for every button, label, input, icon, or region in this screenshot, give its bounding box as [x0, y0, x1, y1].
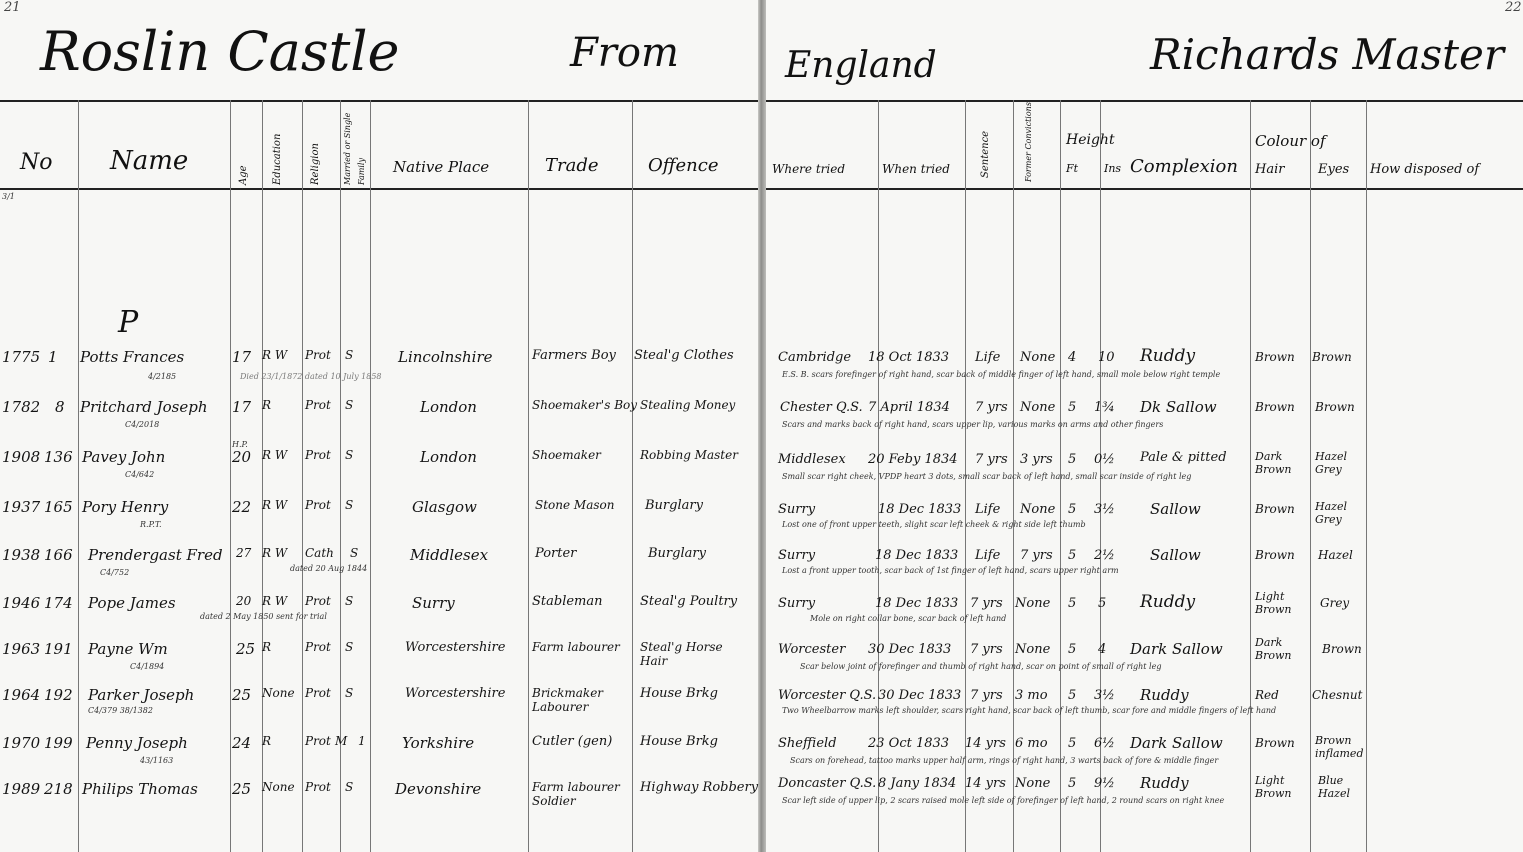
religion: Prot — [305, 498, 331, 512]
ref-number: 1938 — [2, 546, 40, 564]
trade: Farm labourer Soldier — [532, 780, 630, 808]
when-tried: 7 April 1834 — [868, 400, 950, 415]
marital: M — [335, 734, 347, 748]
ref-number: 1946 — [2, 594, 40, 612]
hair-colour: Brown — [1255, 736, 1295, 750]
convict-number: 165 — [44, 498, 73, 516]
ref-number: 1963 — [2, 640, 40, 658]
marital: S — [345, 498, 353, 512]
age: 24 — [232, 734, 251, 752]
offence: House Brkg — [640, 734, 718, 749]
education: R — [262, 398, 271, 412]
former-convictions: None — [1020, 350, 1055, 365]
offence: Steal'g Clothes — [634, 348, 734, 363]
col-header-education: Education — [272, 134, 283, 185]
trade: Shoemaker's Boy — [532, 398, 637, 412]
marital: S — [345, 686, 353, 700]
religion: Prot — [305, 594, 331, 608]
offence: Steal'g Horse Hair — [640, 640, 750, 668]
convict-number: 8 — [55, 398, 65, 416]
complexion: Ruddy — [1140, 686, 1189, 704]
col-header-offence: Offence — [648, 155, 719, 176]
convict-number: 192 — [44, 686, 73, 704]
height-ins: 1¾ — [1094, 400, 1115, 415]
native-place: London — [420, 398, 477, 416]
col-header-marital: Married or Single — [343, 113, 352, 185]
religion: Prot — [305, 780, 331, 794]
when-tried: 18 Dec 1833 — [875, 596, 958, 611]
religion: Prot — [305, 348, 331, 362]
name-sub-ref: 43/1163 — [140, 756, 173, 765]
complexion: Sallow — [1150, 546, 1201, 564]
complexion: Dark Sallow — [1130, 734, 1223, 752]
col-header-hair: Hair — [1255, 162, 1284, 177]
age: 27 — [236, 546, 251, 560]
when-tried: 20 Feby 1834 — [868, 452, 958, 467]
distinguishing-marks: Scars and marks back of right hand, scar… — [782, 420, 1163, 429]
offence: House Brkg — [640, 686, 718, 701]
where-tried: Middlesex — [778, 452, 846, 467]
distinguishing-marks: E.S. B. scars forefinger of right hand, … — [782, 370, 1220, 379]
ship-name-title: Roslin Castle — [40, 20, 400, 83]
hair-colour: Light Brown — [1255, 590, 1305, 616]
from-label: From — [570, 30, 679, 76]
height-ft: 4 — [1068, 350, 1076, 365]
convict-name: Penny Joseph — [86, 734, 188, 752]
ref-number: 1964 — [2, 686, 40, 704]
convict-number: 174 — [44, 594, 73, 612]
height-ins: 4 — [1098, 642, 1106, 657]
section-letter: P — [118, 305, 138, 340]
education: R — [262, 734, 271, 748]
former-convictions: 3 mo — [1015, 688, 1048, 703]
trade: Farm labourer — [532, 640, 620, 654]
where-tried: Sheffield — [778, 736, 837, 751]
eye-colour: Brown inflamed — [1315, 734, 1360, 760]
age: 17 — [232, 348, 251, 366]
margin-note: 3/1 — [2, 192, 15, 201]
height-ins: 5 — [1098, 596, 1106, 611]
former-convictions: 6 mo — [1015, 736, 1048, 751]
height-ft: 5 — [1068, 452, 1076, 467]
education: R W — [262, 498, 287, 512]
education: R W — [262, 546, 287, 560]
where-tried: Doncaster Q.S. — [778, 776, 876, 791]
offence: Stealing Money — [640, 398, 735, 412]
eye-colour: Brown — [1315, 400, 1355, 414]
hair-colour: Brown — [1255, 350, 1295, 364]
convict-number: 191 — [44, 640, 73, 658]
native-place: Glasgow — [412, 498, 477, 516]
former-convictions: 3 yrs — [1020, 452, 1053, 467]
column-divider — [1310, 100, 1311, 852]
col-header-complexion: Complexion — [1130, 156, 1238, 177]
age: 20 — [232, 448, 251, 466]
origin-title: England — [785, 45, 937, 86]
height-ins: 10 — [1098, 350, 1115, 365]
name-sub-ref: C4/2018 — [125, 420, 159, 429]
name-sub-ref: C4/379 38/1382 — [88, 706, 153, 715]
convict-number: 218 — [44, 780, 73, 798]
left-page-number: 21 — [4, 0, 21, 15]
eye-colour: Hazel Grey — [1315, 450, 1360, 476]
height-ft: 5 — [1068, 736, 1076, 751]
religion: Cath — [305, 546, 334, 560]
col-header-ins: Ins — [1104, 162, 1121, 175]
education: R — [262, 640, 271, 654]
eye-colour: Grey — [1320, 596, 1349, 610]
former-convictions: None — [1020, 502, 1055, 517]
when-tried: 18 Dec 1833 — [875, 548, 958, 563]
sentence: 7 yrs — [970, 642, 1003, 657]
native-place: Devonshire — [395, 780, 481, 798]
offence: Robbing Master — [640, 448, 738, 462]
education: R W — [262, 348, 287, 362]
col-header-height: Height — [1066, 132, 1115, 148]
col-header-how-disposed: How disposed of — [1370, 162, 1479, 177]
marital: S — [345, 640, 353, 654]
religion: Prot — [305, 448, 331, 462]
when-tried: 23 Oct 1833 — [868, 736, 949, 751]
column-divider — [1250, 100, 1251, 852]
col-header-trade: Trade — [545, 155, 599, 176]
column-divider — [370, 100, 371, 852]
age: 25 — [236, 640, 255, 658]
convict-name: Potts Frances — [80, 348, 184, 366]
eye-colour: Hazel — [1318, 548, 1353, 562]
hair-colour: Brown — [1255, 502, 1295, 516]
height-ft: 5 — [1068, 642, 1076, 657]
ref-number: 1989 — [2, 780, 40, 798]
former-convictions: None — [1015, 642, 1050, 657]
header-rule-top-left — [0, 100, 758, 102]
col-header-when-tried: When tried — [882, 162, 950, 176]
annotation: dated 2 May 1850 sent for trial — [200, 612, 327, 621]
distinguishing-marks: Small scar right cheek, VPDP heart 3 dot… — [782, 472, 1191, 481]
religion: Prot — [305, 734, 331, 748]
height-ft: 5 — [1068, 548, 1076, 563]
when-tried: 8 Jany 1834 — [878, 776, 956, 791]
where-tried: Surry — [778, 596, 815, 611]
eye-colour: Brown — [1322, 642, 1362, 656]
left-ledger-page — [0, 0, 760, 852]
complexion: Pale & pitted — [1140, 450, 1227, 465]
eye-colour: Chesnut — [1312, 688, 1362, 702]
marital: S — [345, 594, 353, 608]
trade: Shoemaker — [532, 448, 601, 462]
age: 17 — [232, 398, 251, 416]
marital: S — [345, 780, 353, 794]
name-sub-ref: R.P.T. — [140, 520, 162, 529]
distinguishing-marks: Lost a front upper tooth, scar back of 1… — [782, 566, 1119, 575]
complexion: Sallow — [1150, 500, 1201, 518]
complexion: Ruddy — [1140, 592, 1195, 612]
convict-name: Philips Thomas — [82, 780, 198, 798]
convict-name: Prendergast Fred — [88, 546, 223, 564]
column-divider — [302, 100, 303, 852]
ref-number: 1970 — [2, 734, 40, 752]
where-tried: Surry — [778, 548, 815, 563]
where-tried: Worcester Q.S. — [778, 688, 876, 703]
sentence: Life — [975, 502, 1000, 517]
complexion: Dark Sallow — [1130, 640, 1223, 658]
sentence: Life — [975, 548, 1000, 563]
master-title: Richards Master — [1150, 30, 1504, 79]
col-header-age: Age — [238, 165, 249, 185]
header-rule-bottom-right — [766, 188, 1523, 190]
religion: Prot — [305, 640, 331, 654]
sentence: Life — [975, 350, 1000, 365]
col-header-no: No — [20, 150, 53, 175]
sentence: 7 yrs — [975, 452, 1008, 467]
height-ins: 3½ — [1094, 502, 1115, 517]
complexion: Ruddy — [1140, 774, 1189, 792]
height-ft: 5 — [1068, 502, 1076, 517]
sentence: 7 yrs — [970, 596, 1003, 611]
col-header-former-convictions: Former Convictions — [1024, 102, 1033, 182]
when-tried: 18 Dec 1833 — [878, 502, 961, 517]
trade: Stone Mason — [535, 498, 614, 512]
offence: Burglary — [645, 498, 703, 513]
former-convictions: 7 yrs — [1020, 548, 1053, 563]
age: 25 — [232, 780, 251, 798]
convict-name: Pritchard Joseph — [80, 398, 208, 416]
hair-colour: Brown — [1255, 400, 1295, 414]
native-place: Worcestershire — [405, 640, 505, 655]
col-header-family: Family — [357, 158, 366, 185]
column-divider — [1366, 100, 1367, 852]
height-ins: 3½ — [1094, 688, 1115, 703]
where-tried: Cambridge — [778, 350, 851, 365]
height-ins: 0½ — [1094, 452, 1115, 467]
ref-number: 1782 — [2, 398, 40, 416]
convict-number: 199 — [44, 734, 73, 752]
convict-number: 1 — [48, 348, 58, 366]
distinguishing-marks: Scar below joint of forefinger and thumb… — [800, 662, 1161, 671]
age: 20 — [236, 594, 251, 608]
distinguishing-marks: Lost one of front upper teeth, slight sc… — [782, 520, 1086, 529]
annotation: dated 20 Aug 1844 — [290, 564, 367, 573]
ref-number: 1937 — [2, 498, 40, 516]
distinguishing-marks: Mole on right collar bone, scar back of … — [810, 614, 1006, 623]
trade: Porter — [535, 546, 576, 561]
eye-colour: Brown — [1312, 350, 1352, 364]
sentence: 7 yrs — [970, 688, 1003, 703]
where-tried: Worcester — [778, 642, 845, 657]
where-tried: Chester Q.S. — [780, 400, 863, 415]
trade: Stableman — [532, 594, 603, 609]
age: 22 — [232, 498, 251, 516]
right-page-number: 22 — [1505, 0, 1522, 15]
convict-name: Parker Joseph — [88, 686, 194, 704]
height-ft: 5 — [1068, 776, 1076, 791]
eye-colour: Hazel Grey — [1315, 500, 1360, 526]
distinguishing-marks: Scar left side of upper lip, 2 scars rai… — [782, 796, 1224, 805]
age: 25 — [232, 686, 251, 704]
education: R W — [262, 448, 287, 462]
convict-name: Payne Wm — [88, 640, 168, 658]
hair-colour: Light Brown — [1255, 774, 1305, 800]
col-header-ft: Ft — [1066, 162, 1078, 175]
marital: S — [350, 546, 358, 560]
education: None — [262, 780, 295, 794]
name-sub-ref: C4/752 — [100, 568, 129, 577]
height-ft: 5 — [1068, 688, 1076, 703]
height-ins: 9½ — [1094, 776, 1115, 791]
religion: Prot — [305, 398, 331, 412]
marital: S — [345, 398, 353, 412]
native-place: Middlesex — [410, 546, 488, 564]
col-header-religion: Religion — [310, 143, 321, 185]
col-header-native-place: Native Place — [393, 158, 489, 176]
ref-number: 1908 — [2, 448, 40, 466]
annotation: Died 23/1/1872 dated 10 July 1858 — [240, 372, 382, 381]
native-place: Surry — [412, 594, 455, 612]
header-rule-top-right — [766, 100, 1523, 102]
name-sub-ref: C4/1894 — [130, 662, 164, 671]
family: 1 — [358, 734, 366, 748]
hair-colour: Brown — [1255, 548, 1295, 562]
convict-number: 166 — [44, 546, 73, 564]
native-place: Lincolnshire — [398, 348, 493, 366]
complexion: Ruddy — [1140, 346, 1195, 366]
column-divider — [528, 100, 529, 852]
col-header-where-tried: Where tried — [772, 162, 845, 176]
convict-name: Pory Henry — [82, 498, 168, 516]
former-convictions: None — [1020, 400, 1055, 415]
when-tried: 18 Oct 1833 — [868, 350, 949, 365]
height-ft: 5 — [1068, 596, 1076, 611]
education: R W — [262, 594, 287, 608]
offence: Burglary — [648, 546, 706, 561]
col-header-colour-of: Colour of — [1255, 132, 1326, 150]
native-place: Yorkshire — [402, 734, 474, 752]
hair-colour: Dark Brown — [1255, 450, 1305, 476]
convict-name: Pavey John — [82, 448, 165, 466]
sentence: 7 yrs — [975, 400, 1008, 415]
sentence: 14 yrs — [965, 776, 1006, 791]
col-header-name: Name — [110, 146, 188, 176]
header-rule-bottom-left — [0, 188, 758, 190]
education: None — [262, 686, 295, 700]
eye-colour: Blue Hazel — [1318, 774, 1363, 800]
trade: Brickmaker Labourer — [532, 686, 630, 714]
distinguishing-marks: Scars on forehead, tattoo marks upper ha… — [790, 756, 1218, 765]
col-header-sentence: Sentence — [980, 131, 991, 178]
religion: Prot — [305, 686, 331, 700]
column-divider — [78, 100, 79, 852]
when-tried: 30 Dec 1833 — [868, 642, 951, 657]
former-convictions: None — [1015, 596, 1050, 611]
column-divider — [230, 100, 231, 852]
col-header-eyes: Eyes — [1318, 162, 1349, 177]
sentence: 14 yrs — [965, 736, 1006, 751]
marital: S — [345, 348, 353, 362]
convict-name: Pope James — [88, 594, 176, 612]
offence: Steal'g Poultry — [640, 594, 737, 609]
native-place: London — [420, 448, 477, 466]
height-ins: 6½ — [1094, 736, 1115, 751]
trade: Cutler (gen) — [532, 734, 612, 749]
when-tried: 30 Dec 1833 — [878, 688, 961, 703]
complexion: Dk Sallow — [1140, 398, 1217, 416]
convict-number: 136 — [44, 448, 73, 466]
name-sub-ref: 4/2185 — [148, 372, 176, 381]
book-gutter — [758, 0, 766, 852]
trade: Farmers Boy — [532, 348, 616, 363]
height-ft: 5 — [1068, 400, 1076, 415]
native-place: Worcestershire — [405, 686, 505, 701]
where-tried: Surry — [778, 502, 815, 517]
column-divider — [632, 100, 633, 852]
distinguishing-marks: Two Wheelbarrow marks left shoulder, sca… — [782, 706, 1276, 715]
offence: Highway Robbery — [640, 780, 758, 795]
marital: S — [345, 448, 353, 462]
height-ins: 2½ — [1094, 548, 1115, 563]
name-sub-ref: C4/642 — [125, 470, 154, 479]
former-convictions: None — [1015, 776, 1050, 791]
hair-colour: Red — [1255, 688, 1279, 702]
hair-colour: Dark Brown — [1255, 636, 1305, 662]
ref-number: 1775 — [2, 348, 40, 366]
